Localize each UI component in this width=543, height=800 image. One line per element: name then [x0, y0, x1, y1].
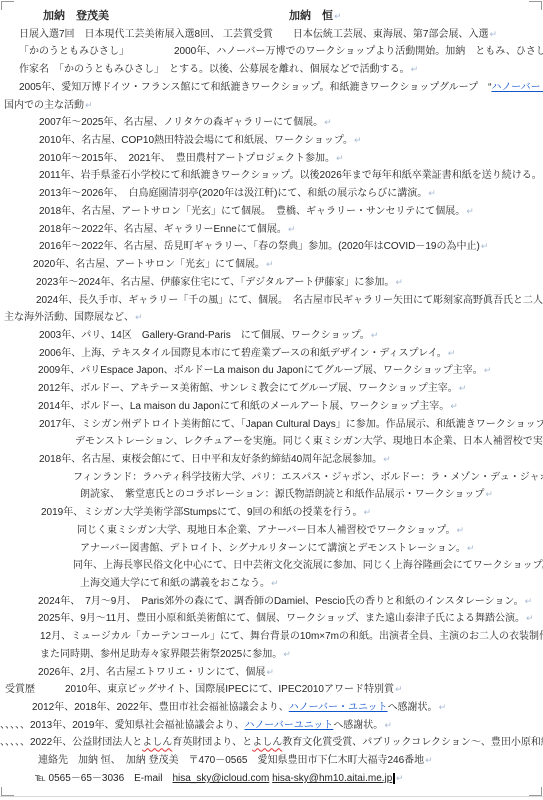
- doc-line: 2016年～2022年、名古屋、岳見町ギャラリー、「春の祭典」参加。(2020年…: [0, 238, 543, 256]
- text-run: 2024年、長久手市、ギャラリー「千の風」にて、個展。 名古屋市民ギャラリー矢田…: [36, 295, 543, 306]
- text-run: 2018年～2022年、名古屋、ギャラリーEnneにて個展。: [39, 224, 287, 235]
- doc-line: 主な海外活動、国際展など、: [0, 309, 543, 327]
- email-link[interactable]: hisa_sky@icloud.com: [172, 773, 269, 784]
- text-run: 2003年、パリ、14区 Gallery-Grand-Paris にて個展、ワー…: [39, 330, 370, 341]
- text-run: 加納 恒: [289, 10, 333, 22]
- text-run: ℡ 0565－65－3036 E-mail: [35, 773, 172, 784]
- text-run: 、、、、、2022年、公益財団法人と: [0, 737, 142, 748]
- text-run: 2018年、名古屋、東桜会館にて、日中平和友好条約締結40周年記念展参加。: [39, 454, 382, 465]
- text-run: 2010年、東京ビッグサイト、国際展IPECにて、IPEC2010アワード特別賞: [65, 684, 394, 695]
- text-run: 作家名 「かのうともみひさし」 とする。以後、公募展を離れ、個展などで活動する。: [19, 64, 410, 75]
- text-run: 2026年、2月、名古屋エトワリエ・リンにて、個展: [38, 667, 265, 678]
- text-run: 国内での主な活動: [4, 100, 84, 111]
- doc-line: 2024年、 7月～9月、 Paris郊外の森にて、調香師のDamiel、Pes…: [0, 593, 543, 611]
- doc-line: 2011年、岩手県釜石小学校にて和紙漉きワークショップ。以後2026年まで毎年和…: [0, 167, 543, 185]
- hanover-unit-link[interactable]: ハノーバー・ユニット: [289, 702, 388, 713]
- text-run: 2025年、9月～11月、豊田小原和紙美術館にて、個展、ワークショップ、また遠山…: [38, 613, 525, 624]
- text-run: 2011年、岩手県釜石小学校にて和紙漉きワークショップ。以後2026年まで毎年和…: [39, 170, 542, 181]
- text-run: 2013年～2026年、 白鳥庭園清羽亭(2020年は汲江軒)にて、和紙の展示な…: [39, 188, 427, 199]
- text-run: よしん: [252, 737, 282, 748]
- text-run: 2009年、パリEspace Japon、ボルドーLa maison du Ja…: [38, 365, 483, 376]
- text-run: 2023年～2024年、名古屋、伊藤家住宅にて、「デジタルアート伊藤家」に参加。: [36, 277, 394, 288]
- doc-line: 加納 登茂美 加納 恒: [0, 8, 543, 26]
- text-run: 主な海外活動、国際展など、: [4, 312, 134, 323]
- text-run: へ感謝状。: [333, 720, 383, 731]
- text-run: 同じく東ミシガン大学、現地日本企業、アナーバー日本人補習校でワークショップ。: [77, 525, 456, 536]
- text-cursor: [393, 773, 395, 784]
- text-run: 加納 登茂美: [43, 10, 109, 22]
- doc-line: 2026年、2月、名古屋エトワリエ・リンにて、個展: [0, 664, 543, 682]
- doc-line: アナーバー図書館、デトロイト、シグナルリターンにて講演とデモンストレーション。: [0, 540, 543, 558]
- text-run: 受賞歴: [5, 684, 35, 695]
- doc-line: 2005年、愛知万博ドイツ・フランス館にて和紙漉きワークショップ。和紙漉きワーク…: [0, 79, 543, 97]
- doc-line: 日展入選7回 日本現代工芸美術展入選8回、 工芸賞受賞 日本伝統工芸展、東海展、…: [0, 26, 543, 44]
- doc-line: 2012年、ボルドー、アキテーヌ美術館、サンレミ教会にてグループ展、ワークショッ…: [0, 380, 543, 398]
- text-run: 2007年～2025年、名古屋、ノリタケの森ギャラリーにて個展。: [39, 117, 323, 128]
- doc-line: 朗読家、 紫堂恵氏とのコラボレーション：源氏物語朗読と和紙作品展示・ワークショッ…: [0, 486, 543, 504]
- text-run: 2014年、ボルドー、La maison du Japonにて和紙のメールアート…: [38, 401, 449, 412]
- word-document-page: 加納 登茂美 加納 恒日展入選7回 日本現代工芸美術展入選8回、 工芸賞受賞 日…: [0, 0, 543, 800]
- text-boundary-corner-bottom-left: [1, 787, 14, 796]
- doc-line: 2017年、ミシガン州デトロイト美術館にて、「Japan Cultural Da…: [0, 416, 543, 434]
- text-run: また同時期、参州足助寿々家界隈芸術祭2025に参加。: [40, 649, 282, 660]
- doc-line: 2025年、9月～11月、豊田小原和紙美術館にて、個展、ワークショップ、また遠山…: [0, 610, 543, 628]
- doc-line: 2024年、長久手市、ギャラリー「千の風」にて、個展。 名古屋市民ギャラリー矢田…: [0, 292, 543, 310]
- doc-line: 2023年～2024年、名古屋、伊藤家住宅にて、「デジタルアート伊藤家」に参加。: [0, 274, 543, 292]
- doc-line: 2018年、名古屋、東桜会館にて、日中平和友好条約締結40周年記念展参加。: [0, 451, 543, 469]
- doc-line: 同じく東ミシガン大学、現地日本企業、アナーバー日本人補習校でワークショップ。: [0, 522, 543, 540]
- doc-line: 2003年、パリ、14区 Gallery-Grand-Paris にて個展、ワー…: [0, 327, 543, 345]
- text-run: [109, 11, 289, 22]
- doc-line: 2009年、パリEspace Japon、ボルドーLa maison du Ja…: [0, 362, 543, 380]
- text-run: 2019年、ミシガン大学美術学部Stumpsにて、9回の和紙の授業を行う。: [41, 507, 363, 518]
- text-run: [35, 684, 65, 695]
- text-run: へ感謝状。: [388, 702, 438, 713]
- doc-line: 2006年、上海、テキスタイル国際見本市にて碧産業ブースの和紙デザイン・ディスプ…: [0, 345, 543, 363]
- doc-line: 同年、上海長寧民俗文化中心にて、日中芸術文化交流展に参加、同じく上海谷隆画会にて…: [0, 557, 543, 575]
- doc-line: 「かのうともみひさし」 2000年、ハノーバー万博でのワークショップより活動開始…: [0, 43, 543, 61]
- doc-line: 、、、、、2022年、公益財団法人とよしん育英財団より、とよしん教育文化賞受賞、…: [0, 734, 543, 752]
- doc-line: 2010年、名古屋、COP10熱田特設会場にて和紙展、ワークショップ。: [0, 132, 543, 150]
- doc-line: また同時期、参州足助寿々家界隈芸術祭2025に参加。: [0, 646, 543, 664]
- text-run: フィンランド：ラハティ科学技術大学、パリ：エスパス・ジャポン、ボルドー：ラ・メゾ…: [73, 472, 543, 483]
- page-boundary-line: [0, 796, 543, 797]
- text-run: 「かのうともみひさし」 2000年、ハノーバー万博でのワークショップより活動開始…: [19, 46, 543, 57]
- text-run: 2024年、 7月～9月、 Paris郊外の森にて、調香師のDamiel、Pes…: [38, 596, 524, 607]
- text-run: 育英財団より、と: [172, 737, 252, 748]
- doc-line: 2013年～2026年、 白鳥庭園清羽亭(2020年は汲江軒)にて、和紙の展示な…: [0, 185, 543, 203]
- text-run: 2012年、2018年、2022年、豊田市社会福祉協議会より、: [32, 702, 289, 713]
- text-run: 同年、上海長寧民俗文化中心にて、日中芸術文化交流展に参加、同じく上海谷隆画会にて…: [73, 560, 543, 571]
- text-boundary-corner-bottom-right: [529, 787, 542, 796]
- text-run: 2010年、名古屋、COP10熱田特設会場にて和紙展、ワークショップ。: [39, 135, 353, 146]
- doc-line: ℡ 0565－65－3036 E-mail hisa_sky@icloud.co…: [0, 770, 543, 788]
- hanover-unit-link[interactable]: ハノーバーユニット: [245, 720, 334, 731]
- text-run: 日展入選7回 日本現代工芸美術展入選8回、 工芸賞受賞 日本伝統工芸展、東海展、…: [19, 29, 488, 40]
- doc-line: 2007年～2025年、名古屋、ノリタケの森ギャラリーにて個展。: [0, 114, 543, 132]
- email-link[interactable]: hisa-sky@hm10.aitai.me.jp: [272, 773, 392, 784]
- text-run: 朗読家、 紫堂恵氏とのコラボレーション：源氏物語朗読と和紙作品展示・ワークショッ…: [80, 489, 484, 500]
- text-run: 12月、ミュージカル「カーテンコール」にて、舞台背景の10m×7mの和紙。出演者…: [40, 631, 543, 642]
- doc-line: 2014年、ボルドー、La maison du Japonにて和紙のメールアート…: [0, 398, 543, 416]
- doc-lines: 加納 登茂美 加納 恒日展入選7回 日本現代工芸美術展入選8回、 工芸賞受賞 日…: [0, 8, 543, 788]
- text-run: アナーバー図書館、デトロイト、シグナルリターンにて講演とデモンストレーション。: [80, 543, 466, 554]
- doc-line: 2018年～2022年、名古屋、ギャラリーEnneにて個展。: [0, 221, 543, 239]
- doc-line: 2019年、ミシガン大学美術学部Stumpsにて、9回の和紙の授業を行う。: [0, 504, 543, 522]
- text-run: 2016年～2022年、名古屋、岳見町ギャラリー、「春の祭典」参加。(2020年…: [39, 241, 480, 252]
- doc-line: 2012年、2018年、2022年、豊田市社会福祉協議会より、ハノーバー・ユニッ…: [0, 699, 543, 717]
- text-run: デモンストレーション、レクチュアーを実施。同じく東ミシガン大学、現地日本企業、日…: [75, 436, 543, 447]
- text-run: 2020年、名古屋、アートサロン「光玄」にて個展。: [33, 259, 265, 270]
- text-run: 教育文化賞受賞、パブリックコレクション～、豊田小原和紙美術館: [282, 737, 543, 748]
- doc-line: 受賞歴 2010年、東京ビッグサイト、国際展IPECにて、IPEC2010アワー…: [0, 681, 543, 699]
- text-run: 2005年、愛知万博ドイツ・フランス館にて和紙漉きワークショップ。和紙漉きワーク…: [19, 82, 491, 93]
- text-run: 2018年、名古屋、アートサロン「光玄」にて個展。 豊橋、ギャラリー・サンセリテ…: [39, 206, 465, 217]
- doc-line: 連絡先 加納 恒、 加納 登茂美 〒470－0565 愛知県豊田市下仁木町大福寺…: [0, 752, 543, 770]
- doc-line: 、、、、、2013年、2019年、愛知県社会福祉協議会より、ハノーバーユニットへ…: [0, 717, 543, 735]
- text-run: 2006年、上海、テキスタイル国際見本市にて碧産業ブースの和紙デザイン・ディスプ…: [39, 348, 447, 359]
- doc-line: 作家名 「かのうともみひさし」 とする。以後、公募展を離れ、個展などで活動する。: [0, 61, 543, 79]
- doc-line: 2020年、名古屋、アートサロン「光玄」にて個展。: [0, 256, 543, 274]
- text-run: 、、、、、2013年、2019年、愛知県社会福祉協議会より、: [0, 720, 245, 731]
- text-run: 連絡先 加納 恒、 加納 登茂美 〒470－0565 愛知県豊田市下仁木町大福寺…: [38, 755, 424, 766]
- doc-line: 12月、ミュージカル「カーテンコール」にて、舞台背景の10m×7mの和紙。出演者…: [0, 628, 543, 646]
- doc-line: フィンランド：ラハティ科学技術大学、パリ：エスパス・ジャポン、ボルドー：ラ・メゾ…: [0, 469, 543, 487]
- text-run: 2012年、ボルドー、アキテーヌ美術館、サンレミ教会にてグループ展、ワークショッ…: [38, 383, 458, 394]
- doc-line: 2010年～2015年、 2021年、 豊田農村アートプロジェクト参加。: [0, 150, 543, 168]
- text-run: 上海交通大学にて和紙の講義をおこなう。: [80, 578, 270, 589]
- doc-line: 2018年、名古屋、アートサロン「光玄」にて個展。 豊橋、ギャラリー・サンセリテ…: [0, 203, 543, 221]
- text-run: 2010年～2015年、 2021年、 豊田農村アートプロジェクト参加。: [39, 153, 335, 164]
- doc-line: 上海交通大学にて和紙の講義をおこなう。: [0, 575, 543, 593]
- hanover-unit-link[interactable]: ハノーバー・ユニット: [491, 82, 543, 93]
- text-run: 2017年、ミシガン州デトロイト美術館にて、「Japan Cultural Da…: [39, 419, 543, 430]
- doc-line: 国内での主な活動: [0, 97, 543, 115]
- text-run: よしん: [142, 737, 172, 748]
- doc-line: デモンストレーション、レクチュアーを実施。同じく東ミシガン大学、現地日本企業、日…: [0, 433, 543, 451]
